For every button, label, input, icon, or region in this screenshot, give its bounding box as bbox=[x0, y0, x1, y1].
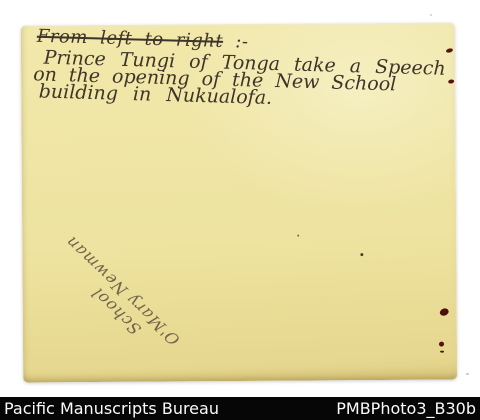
ink-stain bbox=[440, 351, 444, 353]
scan-speck bbox=[430, 14, 432, 16]
ink-stain bbox=[446, 48, 454, 54]
diagonal-pencil-inscription: School O'Mary Newman bbox=[25, 212, 183, 362]
scan-page: From left to right :- Prince Tungi of To… bbox=[0, 0, 480, 420]
paper-speck bbox=[360, 253, 363, 256]
struck-note-suffix: :- bbox=[235, 31, 249, 52]
photo-back-card: From left to right :- Prince Tungi of To… bbox=[21, 22, 457, 382]
catalog-footer-bar: Pacific Manuscripts Bureau PMBPhoto3_B30… bbox=[0, 397, 480, 420]
ink-stain bbox=[448, 79, 455, 84]
paper-speck bbox=[297, 235, 299, 237]
scan-speck bbox=[466, 373, 469, 375]
catalog-id: PMBPhoto3_B30b bbox=[336, 399, 476, 418]
diagonal-inscription-line-2: O'Mary Newman bbox=[39, 212, 183, 349]
ink-stain bbox=[439, 307, 450, 317]
archive-name: Pacific Manuscripts Bureau bbox=[4, 399, 219, 418]
ink-stain bbox=[439, 342, 444, 347]
